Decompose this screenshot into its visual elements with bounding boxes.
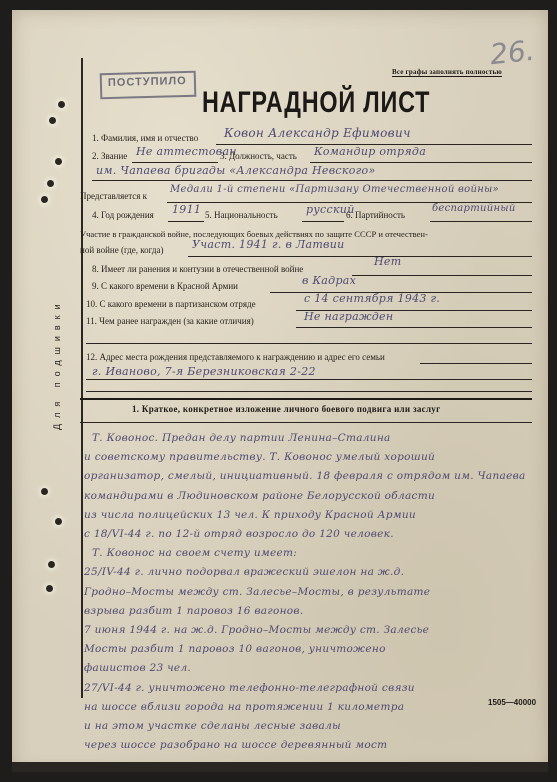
feat-line: из числа полицейских 13 чел. К приходу К… [84,509,416,521]
award-sheet-page: Для подшивки ПОСТУПИЛО 26. Все графы зап… [12,10,548,772]
field-8-value: Нет [374,255,401,268]
feat-line: и на этом участке сделаны лесные завалы [84,720,341,732]
punch-hole [46,585,53,592]
field-1-label: 1. Фамилия, имя и отчество [92,132,198,144]
binding-margin-line [81,58,83,698]
field-6-value: беспартийный [432,203,516,214]
punch-hole [41,488,48,495]
field-2-label: 2. Звание [92,150,127,162]
feat-line: на шоссе вблизи города на протяжении 1 к… [84,701,404,713]
feat-line: 25/IV-44 г. лично подорвал вражеский эше… [84,566,404,578]
feat-line: организатор, смелый, инициативный. 18 фе… [84,470,526,482]
field-11-value: Не награжден [304,310,393,323]
print-code: 1505—40000 [488,698,536,707]
feat-line: Т. Ковонос. Предан делу партии Ленина–Ст… [92,432,391,444]
punch-hole [55,158,62,165]
feat-line: Гродно–Мосты между ст. Залесье–Мосты, в … [84,586,430,598]
page-number: 26. [488,34,536,71]
field-12-value: г. Иваново, 7-я Березниковская 2-22 [92,365,316,378]
field-10-value: с 14 сентября 1943 г. [304,292,440,305]
field-9-value: в Кадрах [302,274,356,287]
document-title: НАГРАДНОЙ ЛИСТ [202,86,430,120]
field-9-label: 9. С какого времени в Красной Армии [92,280,238,292]
feat-line: через шоссе разобрано на шоссе деревянны… [84,739,387,751]
punch-hole [49,117,56,124]
binding-label: Для подшивки [52,298,62,430]
field-5-label: 5. Национальность [205,209,278,221]
field-7-label-cont: ной войне (где, когда) [80,244,164,256]
feat-line: и советскому правительству. Т. Ковонос у… [84,451,435,463]
field-7-value: Участ. 1941 г. в Латвии [192,238,345,251]
field-3-value-cont: им. Чапаева бригады «Александра Невского… [96,164,376,177]
feat-line: 27/VI-44 г. уничтожено телефонно-телегра… [84,682,415,694]
feat-line: Т. Ковонос на своем счету имеет: [92,547,297,559]
feat-line: взрыва разбит 1 паровоз 16 вагонов. [84,605,303,617]
field-10-label: 10. С какого времени в партизанском отря… [86,298,256,310]
field-4-value: 1911 [172,203,201,216]
field-11-label: 11. Чем ранее награжден (за какие отличи… [86,315,254,327]
feat-line: с 18/VI-44 г. по 12-й отряд возросло до … [84,528,394,540]
feat-line: Мосты разбит 1 паровоз 10 вагонов, уничт… [84,643,386,655]
feat-line: командирами в Людиновском районе Белорус… [84,490,435,502]
field-3-value: Командир отряда [314,145,426,158]
field-12-label: 12. Адрес места рождения представляемого… [86,351,385,363]
punch-hole [48,561,55,568]
presented-value: Медали 1-й степени «Партизану Отечествен… [170,184,499,195]
field-8-label: 8. Имеет ли ранения и контузии в отечест… [92,263,303,275]
field-4-label: 4. Год рождения [92,209,154,221]
page-bottom-edge [12,762,548,772]
feat-line: фашистов 23 чел. [84,662,191,674]
presented-label: Представляется к [80,190,147,202]
field-3-label: 3. Должность, часть [220,150,297,162]
punch-hole [55,518,62,525]
feat-section-heading: 1. Краткое, конкретное изложение личного… [132,404,441,414]
feat-line: 7 июня 1944 г. на ж.д. Гродно–Мосты межд… [84,624,429,636]
punch-hole [58,101,65,108]
field-1-value: Ковон Александр Ефимович [224,126,411,140]
received-stamp: ПОСТУПИЛО [100,71,197,100]
punch-hole [47,180,54,187]
field-6-label: 6. Партийность [346,209,405,221]
fill-instruction: Все графы заполнять полностью [392,68,502,77]
punch-hole [41,196,48,203]
